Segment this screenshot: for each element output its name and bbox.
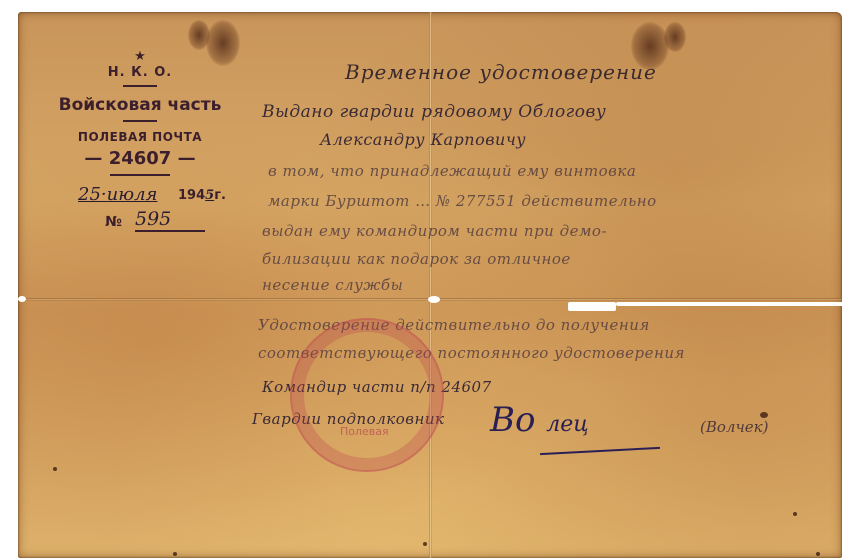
speck [173, 552, 177, 556]
org-label: Н. К. О. [40, 65, 240, 80]
signature-flourish: лец [546, 412, 588, 437]
number-label: № [105, 214, 122, 230]
unit-stamp: ★ Н. К. О. Войсковая часть ПОЛЕВАЯ ПОЧТА… [40, 50, 240, 181]
body-line: выдан ему командиром части при демо- [262, 222, 607, 240]
unit-number: — 24607 — [40, 148, 240, 169]
body-line: Александру Карповичу [320, 130, 526, 149]
body-line: марки Бурштот … № 277551 действительно [268, 192, 657, 210]
commander-signature: Во лец [490, 400, 589, 440]
ink-stain [664, 22, 686, 52]
body-line: в том, что принадлежащий ему винтовка [268, 162, 636, 180]
torn-gap [616, 302, 848, 306]
unit-label: Войсковая часть [40, 95, 240, 115]
signatory-name: (Волчек) [700, 418, 768, 436]
body-line: билизации как подарок за отличное [262, 250, 571, 268]
year-suffix: г. [214, 188, 226, 203]
torn-notch [18, 296, 26, 302]
issue-date-handwritten: 25·июля [78, 184, 157, 205]
body-line: Выдано гвардии рядовому Облогову [262, 102, 606, 122]
signature-mark: Во [490, 400, 535, 440]
document-title: Временное удостоверение [345, 60, 657, 84]
speck [793, 512, 797, 516]
torn-notch [428, 296, 440, 303]
field-post-label: ПОЛЕВАЯ ПОЧТА [40, 130, 240, 144]
seal-text: Полевая [340, 425, 389, 438]
year-digit: 5 [205, 188, 214, 203]
issue-year: 1945г. [178, 188, 226, 203]
speck [816, 552, 820, 556]
year-prefix: 194 [178, 188, 205, 203]
speck [53, 467, 57, 471]
star-icon: ★ [40, 50, 240, 63]
divider [123, 120, 157, 122]
body-line: несение службы [262, 276, 403, 294]
torn-gap [568, 302, 616, 311]
divider [110, 174, 170, 176]
body-line: Удостоверение действительно до получения [258, 316, 650, 334]
official-seal [290, 318, 444, 472]
speck [423, 542, 427, 546]
divider [123, 85, 157, 87]
document-number: 595 [135, 208, 205, 232]
vertical-fold [429, 12, 432, 558]
